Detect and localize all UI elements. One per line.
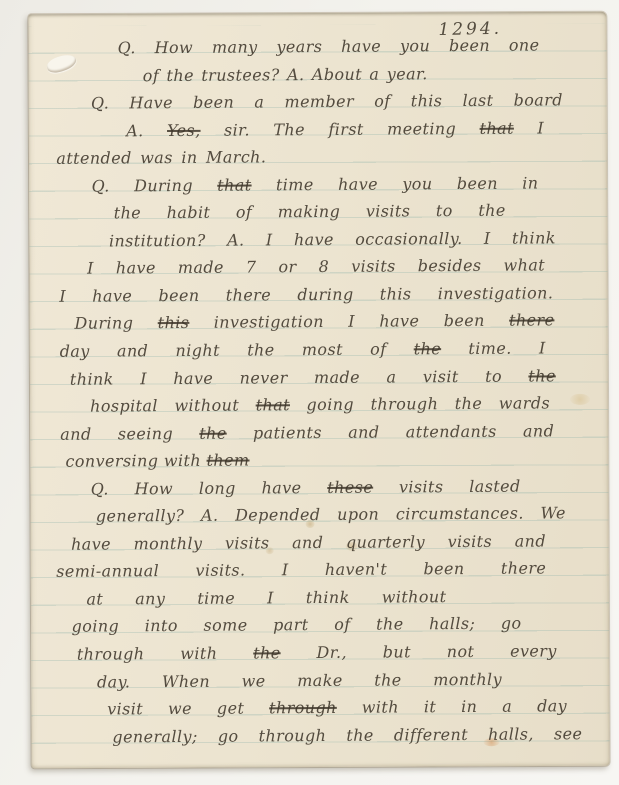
handwritten-line: During this investigation I have been th… [74,311,554,342]
handwritten-word: there [226,285,271,304]
handwritten-word: with [164,451,201,470]
handwritten-word: the [247,340,275,359]
handwritten-word: visit [423,367,459,386]
handwritten-word: Depended [235,505,321,525]
handwritten-word: How [155,38,194,57]
handwritten-word: with [180,644,217,663]
handwritten-word: of [143,66,159,85]
handwritten-line: generally; go through the different hall… [112,724,582,755]
handwritten-word: have [341,37,381,56]
handwritten-word: last [462,91,493,110]
handwritten-word: I [282,561,289,580]
handwritten-line: the habit of making visits to the [114,201,506,231]
handwritten-line: semi-annual visits. I haven't been there [56,559,546,590]
handwritten-word: go [501,614,522,633]
handwritten-word: time. [468,339,511,358]
handwritten-word: visits. [195,561,245,580]
handwritten-word: through [371,394,439,413]
handwritten-word: see [554,724,582,743]
handwritten-word: we [242,671,266,690]
handwritten-word: visits [399,477,444,496]
handwritten-word: of [334,615,350,634]
handwritten-line: day. When we make the monthly [97,669,502,699]
handwritten-word: The [273,120,305,139]
handwritten-word: a [254,92,264,111]
handwritten-word: visits [366,202,411,221]
handwritten-word: this [411,91,443,110]
handwritten-word: one [509,35,540,54]
handwritten-word: and [348,422,379,441]
handwritten-word: During [74,314,133,333]
handwritten-word: and [515,531,546,550]
handwritten-word: to [436,201,453,220]
handwritten-word: it [424,697,436,716]
handwritten-word: think [70,369,114,388]
handwritten-word: visits [447,532,492,551]
handwritten-word: never [240,368,288,387]
handwritten-word: that [217,175,251,194]
handwritten-word: many [212,37,258,56]
handwritten-line: I have been there during this investigat… [59,283,553,314]
handwritten-word: investigation. [438,283,554,303]
handwritten-word: time [197,589,235,608]
handwritten-line: at any time I think without [86,587,446,617]
handwritten-word: A. [126,121,144,140]
handwritten-word: halls; [429,614,475,633]
handwritten-word: I [59,287,66,306]
handwritten-word: been [423,559,464,578]
handwritten-word: Q. [91,479,109,498]
handwritten-word: a [502,697,512,716]
handwritten-word: but [383,642,411,661]
handwritten-word: lasted [469,476,521,495]
handwritten-word: have [116,259,156,278]
handwritten-word: conversing [65,451,158,471]
handwritten-word: day [60,342,90,361]
handwritten-word: you [402,174,432,193]
handwritten-word: years [276,37,322,56]
handwritten-word: this [158,313,190,332]
handwritten-line: Q. During that time have you been in [91,173,538,204]
handwritten-word: without [174,396,239,415]
handwritten-word: When [162,671,210,690]
handwritten-word: with [362,698,399,717]
handwritten-word: been [193,93,234,112]
handwritten-word: we [168,699,192,718]
handwritten-word: of [236,203,252,222]
handwritten-word: Have [129,93,173,112]
handwritten-word: patients [253,423,322,442]
handwritten-word: the [376,615,404,634]
handwritten-word: have [379,312,419,331]
handwritten-word: going [306,395,354,414]
handwritten-word: I [87,259,94,278]
handwritten-word: and [60,424,91,443]
handwritten-line: I have made 7 or 8 visits besides what [87,256,545,287]
handwritten-line: Q. How long have these visits lasted [91,476,521,507]
handwritten-word: through [269,698,337,717]
handwritten-word: making [278,202,341,221]
handwritten-word: have [71,534,111,553]
handwritten-word: a [369,64,379,83]
handwritten-word: Yes, [167,120,201,139]
handwritten-word: the [199,423,227,442]
handwritten-word: been [457,173,498,192]
handwritten-word: year. [387,64,428,83]
handwritten-word: the [528,366,556,385]
handwritten-word: you [400,36,430,55]
handwritten-word: member [284,92,354,111]
handwritten-word: that [480,118,514,137]
handwritten-word: the [346,725,374,744]
handwritten-word: some [203,616,247,635]
handwritten-word: the [414,339,442,358]
handwritten-word: upon [337,505,379,524]
handwritten-word: visits [351,257,396,276]
handwritten-line: and seeing the patients and attendants a… [60,421,554,452]
handwritten-word: the [253,643,281,662]
handwritten-word: have [261,478,301,497]
handwritten-word: think [512,228,556,247]
handwritten-word: been [158,286,199,305]
handwritten-word: been [444,311,485,330]
handwritten-word: part [273,616,309,635]
handwritten-line: conversing with them [65,451,243,480]
handwritten-line: through with the Dr., but not every [77,641,557,672]
handwritten-word: visits [225,533,270,552]
handwritten-word: in [181,148,197,167]
handwritten-word: semi-annual [56,562,159,582]
handwritten-word: in [461,697,477,716]
handwritten-word: and [523,421,554,440]
handwritten-word: A. [287,65,305,84]
handwritten-word: monthly [433,669,502,688]
handwritten-word: that [256,395,290,414]
handwritten-word: 8 [319,257,330,276]
handwritten-word: long [199,478,236,497]
handwritten-word: How [135,479,174,498]
handwritten-word: haven't [325,560,387,579]
handwritten-line: generally? A. Depended upon circumstance… [96,504,566,535]
handwritten-word: Q. [118,38,136,57]
handwritten-word: made [178,258,224,277]
handwritten-word: the [455,394,483,413]
handwritten-word: Q. [91,94,109,113]
handwritten-word: not [447,642,475,661]
handwritten-word: I [348,312,355,331]
handwritten-word: have [173,368,213,387]
handwritten-word: a [386,367,396,386]
handwritten-line: hospital without that going through the … [90,393,550,424]
handwritten-line: visit we get through with it in a day [107,696,567,727]
handwritten-word: quarterly [346,532,425,552]
handwritten-word: We [540,504,566,523]
handwritten-word: trustees? [201,65,279,85]
handwritten-word: made [314,367,360,386]
notebook-page: 1294. Q. How many years have you been on… [28,12,609,769]
handwritten-word: I [267,588,274,607]
handwritten-word: halls, [488,724,534,743]
handwritten-word: I [537,118,544,137]
handwritten-word: investigation [214,312,324,332]
handwritten-word: have [338,174,378,193]
handwritten-word: A. [227,230,245,249]
handwritten-word: I [266,230,273,249]
handwritten-word: and [292,533,323,552]
handwritten-word: them [206,451,249,470]
handwritten-word: visit [107,699,143,718]
handwritten-word: During [134,176,193,195]
handwritten-word: generally; [112,727,197,747]
handwritten-word: attended [56,148,131,168]
handwritten-word: into [145,616,178,635]
handwritten-word: night [175,341,220,360]
handwritten-word: through [259,726,327,745]
handwritten-word: the [114,204,142,223]
handwritten-word: 7 [246,258,257,277]
handwritten-word: monthly [134,534,203,553]
scanned-document-background: 1294. Q. How many years have you been on… [0,0,619,785]
handwritten-word: there [501,559,546,578]
handwritten-line: A. Yes, sir. The first meeting that I [126,118,544,148]
handwritten-word: seeing [118,424,173,443]
handwritten-word: March. [206,148,266,167]
handwritten-word: going [72,617,120,636]
handwritten-line: day and night the most of the time. I [60,338,546,369]
handwritten-word: sir. [224,120,250,139]
handwritten-line: have monthly visits and quarterly visits… [71,531,546,562]
handwritten-word: at [86,589,103,608]
handwritten-word: wards [499,393,550,412]
handwritten-lines: Q. How many years have you been oneof th… [28,35,611,769]
handwritten-word: About [312,64,362,83]
handwritten-line: of the trustees? A. About a year. [143,64,428,94]
handwritten-word: A. [201,506,219,525]
handwritten-word: without [382,587,447,606]
handwritten-line: Q. Have been a member of this last board [91,90,563,121]
handwritten-word: have [92,286,132,305]
handwritten-word: get [217,699,244,718]
handwritten-word: the [478,201,506,220]
handwritten-word: to [485,366,502,385]
handwritten-word: habit [167,203,211,222]
handwritten-word: make [297,670,343,689]
handwritten-word: occasionally. [355,229,462,249]
handwritten-word: every [510,641,557,660]
handwritten-word: of [370,340,386,359]
handwritten-word: day. [97,672,131,691]
handwritten-word: circumstances. [396,504,524,524]
handwritten-word: and [117,341,148,360]
handwritten-word: what [503,256,545,275]
handwritten-word: I [484,229,491,248]
handwritten-word: these [327,477,373,496]
handwritten-word: think [306,588,350,607]
handwritten-word: was [140,148,173,167]
handwritten-word: have [294,230,334,249]
handwritten-word: or [278,258,296,277]
handwritten-line: going into some part of the halls; go [72,614,522,645]
handwritten-word: generally? [96,506,185,526]
handwritten-word: first [328,119,363,138]
handwritten-word: any [135,589,165,608]
handwritten-word: Q. [91,176,109,195]
handwritten-word: the [374,670,402,689]
handwritten-word: time [276,175,314,194]
handwritten-word: the [166,65,194,84]
handwritten-word: Dr., [316,643,347,662]
handwritten-word: attendants [406,421,497,441]
handwritten-word: during [297,285,353,304]
handwritten-word: most [302,340,343,359]
handwritten-word: this [380,284,412,303]
handwritten-line: Q. How many years have you been one [118,35,540,65]
handwritten-word: there [509,311,554,330]
handwritten-word: institution? [109,231,206,251]
handwritten-word: day [537,696,567,715]
handwritten-line: institution? A. I have occasionally. I t… [109,228,556,259]
handwritten-word: I [539,338,546,357]
handwritten-word: besides [418,256,482,275]
handwritten-line: attended was in March. [56,148,266,177]
handwritten-word: in [522,173,538,192]
handwritten-word: of [374,92,390,111]
handwritten-word: hospital [90,396,158,415]
handwritten-word: go [218,726,239,745]
handwritten-word: through [77,644,145,663]
handwritten-word: been [449,36,490,55]
handwritten-line: think I have never made a visit to the [70,366,556,397]
handwritten-word: board [514,90,563,109]
handwritten-word: different [394,725,468,745]
handwritten-word: I [140,369,147,388]
handwritten-word: meeting [387,119,456,138]
